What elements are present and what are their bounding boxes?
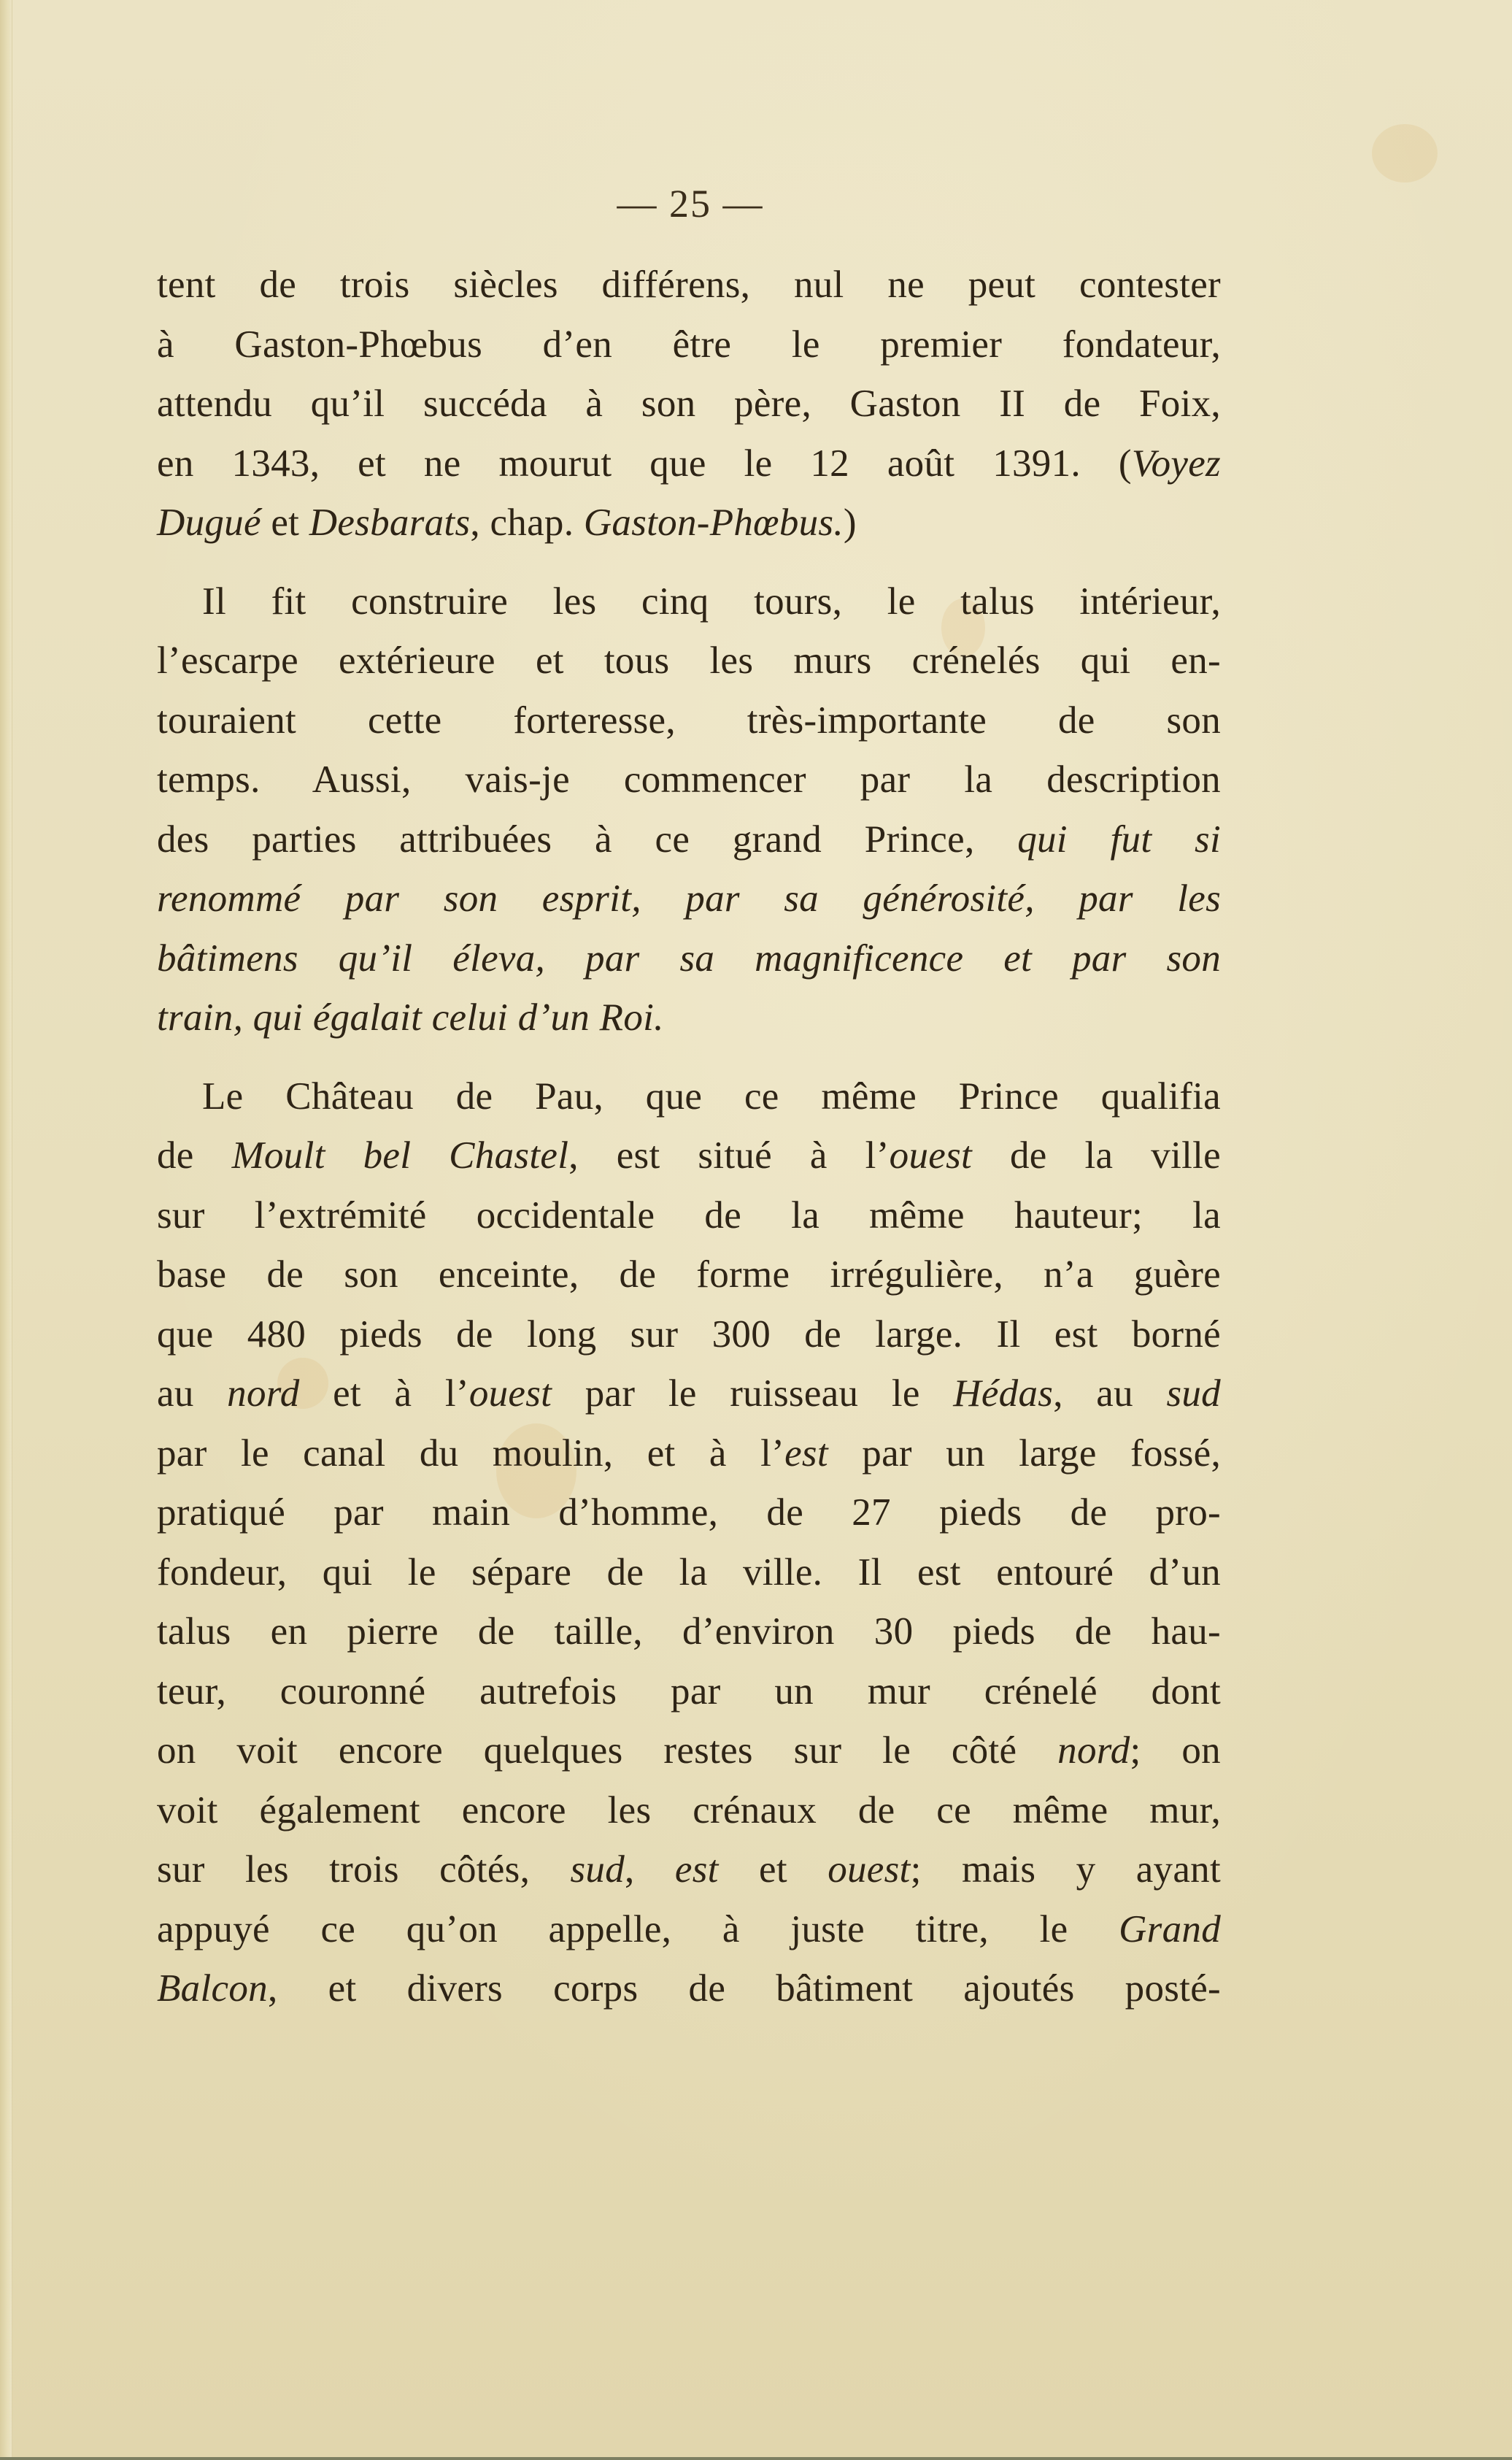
text-run: , <box>625 1848 675 1891</box>
text-line: fondeur, qui le sépare de la ville. Il e… <box>157 1543 1221 1603</box>
italic-text: ouest <box>890 1134 972 1177</box>
text-line: Le Château de Pau, que ce même Prince qu… <box>157 1067 1221 1127</box>
text-line: teur, couronné autrefois par un mur crén… <box>157 1662 1221 1722</box>
text-line: attendu qu’il succéda à son père, Gaston… <box>157 374 1221 434</box>
text-line: à Gaston-Phœbus d’en être le premier fon… <box>157 315 1221 375</box>
text-line: que 480 pieds de long sur 300 de large. … <box>157 1305 1221 1365</box>
text-line: par le canal du moulin, et à l’est par u… <box>157 1424 1221 1484</box>
text-run: et à l’ <box>300 1372 469 1415</box>
text-line: tent de trois siècles différens, nul ne … <box>157 255 1221 315</box>
text-line: temps. Aussi, vais-je commencer par la d… <box>157 750 1221 810</box>
text-run: des parties attribuées à ce grand Prince… <box>157 818 1017 861</box>
italic-text: est <box>675 1848 719 1891</box>
text-line: bâtimens qu’il éleva, par sa magnificenc… <box>157 929 1221 989</box>
text-line: touraient cette forteresse, très-importa… <box>157 691 1221 751</box>
italic-text: sud <box>1166 1372 1221 1415</box>
text-run: et <box>719 1848 828 1891</box>
text-run: teur, couronné autrefois par un mur crén… <box>157 1670 1221 1713</box>
text-run: , est situé à l’ <box>568 1134 889 1177</box>
italic-text: Dugué <box>157 501 261 544</box>
text-run: à Gaston-Phœbus d’en être le premier fon… <box>157 323 1221 366</box>
text-run: pratiqué par main d’homme, de 27 pieds d… <box>157 1491 1221 1534</box>
italic-text: nord <box>227 1372 299 1415</box>
text-run: de la ville <box>972 1134 1221 1177</box>
text-run: par le ruisseau le <box>552 1372 953 1415</box>
text-run: en 1343, et ne mourut que le 12 août 139… <box>157 442 1132 485</box>
paragraph-p1: tent de trois siècles différens, nul ne … <box>157 255 1221 553</box>
text-run: ; on <box>1130 1729 1221 1772</box>
text-run: , au <box>1053 1372 1166 1415</box>
text-run: , et divers corps de bâtiment ajoutés po… <box>268 1967 1221 2010</box>
italic-text: Moult bel Chastel <box>232 1134 569 1177</box>
text-line: Balcon, et divers corps de bâtiment ajou… <box>157 1959 1221 2019</box>
book-page: — 25 — tent de trois siècles différens, … <box>0 0 1512 2460</box>
text-line: appuyé ce qu’on appelle, à juste titre, … <box>157 1900 1221 1960</box>
text-line: on voit encore quelques restes sur le cô… <box>157 1721 1221 1781</box>
text-run: sur l’extrémité occidentale de la même h… <box>157 1194 1221 1237</box>
italic-text: Hédas <box>953 1372 1053 1415</box>
page-gutter-edge <box>0 0 12 2460</box>
italic-text: est <box>784 1432 828 1475</box>
page-number: — 25 — <box>0 181 1512 226</box>
body-text: tent de trois siècles différens, nul ne … <box>157 255 1221 2019</box>
text-run: par le canal du moulin, et à l’ <box>157 1432 784 1475</box>
text-line: renommé par son esprit, par sa générosit… <box>157 869 1221 929</box>
paragraph-p2: Il fit construire les cinq tours, le tal… <box>157 572 1221 1048</box>
text-line: sur l’extrémité occidentale de la même h… <box>157 1186 1221 1246</box>
text-run: Le Château de Pau, que ce même Prince qu… <box>202 1075 1221 1118</box>
text-line: en 1343, et ne mourut que le 12 août 139… <box>157 434 1221 494</box>
text-run: tent de trois siècles différens, nul ne … <box>157 264 1221 306</box>
text-line: Dugué et Desbarats, chap. Gaston-Phœbus.… <box>157 493 1221 553</box>
text-run: que 480 pieds de long sur 300 de large. … <box>157 1313 1221 1356</box>
page-bottom-edge <box>0 2457 1512 2460</box>
text-line: talus en pierre de taille, d’environ 30 … <box>157 1602 1221 1662</box>
italic-text: Grand <box>1119 1908 1221 1950</box>
text-run: , chap. <box>470 501 583 544</box>
text-run: temps. Aussi, vais-je commencer par la d… <box>157 758 1221 801</box>
text-run: l’escarpe extérieure et tous les murs cr… <box>157 639 1221 682</box>
text-run: fondeur, qui le sépare de la ville. Il e… <box>157 1551 1221 1594</box>
text-run: par un large fossé, <box>828 1432 1221 1475</box>
italic-text: Desbarats <box>309 501 471 544</box>
italic-text: Voyez <box>1132 442 1221 485</box>
text-line: sur les trois côtés, sud, est et ouest; … <box>157 1840 1221 1900</box>
text-run: talus en pierre de taille, d’environ 30 … <box>157 1610 1221 1653</box>
paragraph-gap <box>157 1048 1221 1067</box>
text-run: sur les trois côtés, <box>157 1848 570 1891</box>
text-line: train, qui égalait celui d’un Roi. <box>157 988 1221 1048</box>
text-run: voit également encore les crénaux de ce … <box>157 1789 1221 1831</box>
text-line: de Moult bel Chastel, est situé à l’oues… <box>157 1126 1221 1186</box>
text-run: et <box>261 501 309 544</box>
italic-text: nord <box>1057 1729 1130 1772</box>
text-run: ) <box>844 501 857 544</box>
text-run: base de son enceinte, de forme irréguliè… <box>157 1253 1221 1296</box>
italic-text: ouest <box>828 1848 910 1891</box>
italic-text: sud <box>570 1848 625 1891</box>
italic-text: ouest <box>469 1372 552 1415</box>
foxing-stain <box>1372 124 1438 182</box>
paragraph-p3: Le Château de Pau, que ce même Prince qu… <box>157 1067 1221 2019</box>
paragraph-gap <box>157 553 1221 572</box>
text-line: pratiqué par main d’homme, de 27 pieds d… <box>157 1483 1221 1543</box>
text-run: au <box>157 1372 227 1415</box>
text-run: attendu qu’il succéda à son père, Gaston… <box>157 383 1221 425</box>
text-line: des parties attribuées à ce grand Prince… <box>157 810 1221 870</box>
text-run: Il fit construire les cinq tours, le tal… <box>202 580 1221 623</box>
text-line: Il fit construire les cinq tours, le tal… <box>157 572 1221 632</box>
italic-text: qui fut si <box>1017 818 1221 861</box>
text-run: appuyé ce qu’on appelle, à juste titre, … <box>157 1908 1119 1950</box>
italic-text: train, qui égalait celui d’un Roi. <box>157 996 664 1039</box>
italic-text: Balcon <box>157 1967 268 2010</box>
text-line: l’escarpe extérieure et tous les murs cr… <box>157 631 1221 691</box>
text-line: base de son enceinte, de forme irréguliè… <box>157 1245 1221 1305</box>
text-line: voit également encore les crénaux de ce … <box>157 1781 1221 1841</box>
text-line: au nord et à l’ouest par le ruisseau le … <box>157 1364 1221 1424</box>
text-run: ; mais y ayant <box>911 1848 1221 1891</box>
text-run: touraient cette forteresse, très-importa… <box>157 699 1221 742</box>
italic-text: renommé par son esprit, par sa générosit… <box>157 877 1221 920</box>
italic-text: Gaston-Phœbus. <box>584 501 844 544</box>
text-run: de <box>157 1134 232 1177</box>
italic-text: bâtimens qu’il éleva, par sa magnificenc… <box>157 937 1221 980</box>
text-run: on voit encore quelques restes sur le cô… <box>157 1729 1057 1772</box>
